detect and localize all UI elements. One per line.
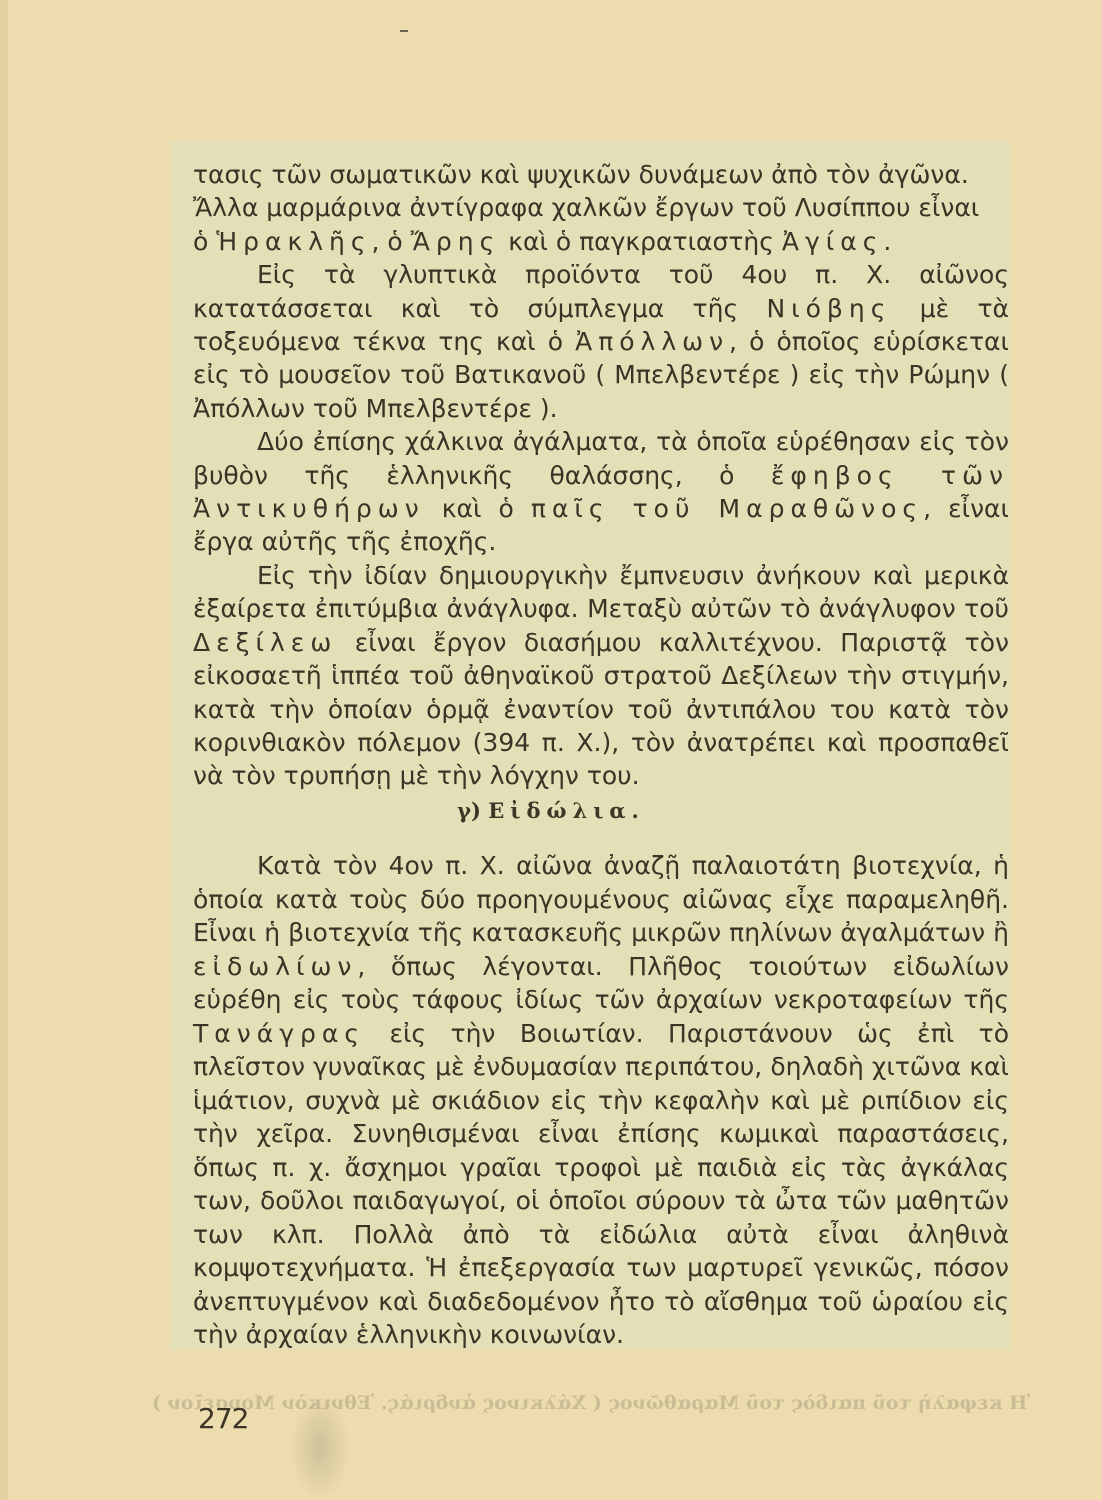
paragraph-dexileos-relief: Εἰς τὴν ἰδίαν δημιουργικὴν ἔμπνευσιν ἀνή… <box>193 559 1009 793</box>
paragraph-continuation: τασις τῶν σωματικῶν καὶ ψυχικῶν δυνάμεων… <box>193 158 1009 258</box>
paragraph-figurines: Κατὰ τὸν 4ον π. Χ. αἰῶνα ἀναζῇ παλαιοτάτ… <box>193 849 1009 1352</box>
emphasized-name: Ἡρακλῆς <box>216 227 371 256</box>
section-heading: γ) Εἰδώλια. <box>0 798 1102 823</box>
emphasized-name: Νιόβης <box>766 294 891 323</box>
page-edge <box>0 0 8 1500</box>
print-mark <box>400 30 408 32</box>
paragraph-niobe-apollo: Εἰς τὰ γλυπτικὰ προϊόντα τοῦ 4ου π. Χ. α… <box>193 258 1009 425</box>
paragraph-bronze-statues: Δύο ἐπίσης χάλκινα ἀγάλματα, τὰ ὁποῖα εὑ… <box>193 425 1009 559</box>
emphasized-name: Ἀπόλλων <box>575 327 729 356</box>
emphasized-name: παῖς τοῦ Μαραθῶνος <box>531 494 923 523</box>
section-b-body: τασις τῶν σωματικῶν καὶ ψυχικῶν δυνάμεων… <box>193 158 1009 793</box>
section-c-body: Κατὰ τὸν 4ον π. Χ. αἰῶνα ἀναζῇ παλαιοτάτ… <box>193 849 1009 1352</box>
bleed-through-caption: Ἡ κεφαλὴ τοῦ παιδὸς τοῦ Μαραθῶνος ( Χάλκ… <box>470 1392 1030 1414</box>
page-number: 272 <box>198 1402 248 1435</box>
section-heading-title: Εἰδώλια. <box>488 798 645 823</box>
emphasized-name: Ἀγίας <box>782 227 884 256</box>
emphasized-name: εἰδωλίων <box>193 952 357 981</box>
emphasized-name: Τανάγρας <box>193 1019 365 1048</box>
emphasized-name: Δεξίλεω <box>193 628 337 657</box>
emphasized-name: Ἄρης <box>411 227 501 256</box>
